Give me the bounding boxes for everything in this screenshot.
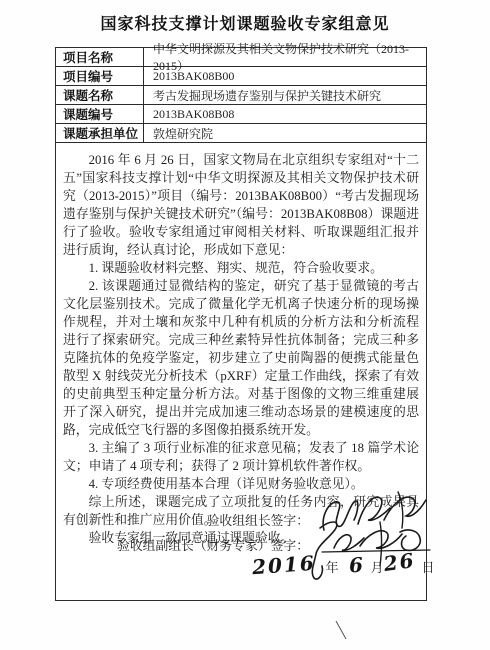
date-year-unit: 年 xyxy=(326,557,339,576)
row-value-project-number: 2013BAK08B00 xyxy=(144,67,426,85)
scanned-document-page: 国家科技支撑计划课题验收专家组意见 项目名称 中华文明探源及其相关文物保护技术研… xyxy=(0,0,490,650)
stray-pen-mark-icon xyxy=(332,618,350,642)
row-value-project-name: 中华文明探源及其相关文物保护技术研究（2013-2015） xyxy=(144,48,426,66)
leader-signature-label: 验收组组长签字： xyxy=(207,510,309,529)
date-month-unit: 月 xyxy=(371,557,384,576)
opinion-paragraph-item1: 1. 课题验收材料完整、翔实、规范，符合验收要求。 xyxy=(63,259,419,277)
opinion-paragraph-intro: 2016 年 6 月 26 日，国家文物局在北京组织专家组对“十二五”国家科技支… xyxy=(63,151,419,259)
deputy-signature-label: 验收组副组长（财务专家）签字： xyxy=(117,535,309,554)
table-row: 课题名称 考古发掘现场遗存鉴别与保护关键技术研究 xyxy=(56,86,426,105)
opinion-paragraph-item3: 3. 主编了 3 项行业标准的征求意见稿；发表了 18 篇学术论文；申请了 4 … xyxy=(63,439,419,475)
date-day-handwritten: 26 xyxy=(382,548,417,576)
date-day-unit: 日 xyxy=(421,557,434,576)
row-label-project-number: 项目编号 xyxy=(56,67,144,85)
row-value-topic-name: 考古发掘现场遗存鉴别与保护关键技术研究 xyxy=(144,86,426,104)
table-row: 项目编号 2013BAK08B00 xyxy=(56,67,426,86)
acceptance-form-table: 项目名称 中华文明探源及其相关文物保护技术研究（2013-2015） 项目编号 … xyxy=(55,47,427,601)
opinion-paragraph-item2: 2. 该课题通过显微结构的鉴定，研究了基于显微镜的考古文化层鉴别技术。完成了微量… xyxy=(63,277,419,439)
date-year-handwritten: 2016 xyxy=(251,551,316,579)
page-title: 国家科技支撑计划课题验收专家组意见 xyxy=(0,11,490,34)
row-label-project-name: 项目名称 xyxy=(56,48,144,66)
table-row: 项目名称 中华文明探源及其相关文物保护技术研究（2013-2015） xyxy=(56,48,426,67)
acceptance-date: 2016 年 6 月 26 日 xyxy=(252,553,434,577)
row-value-undertaking-unit: 敦煌研究院 xyxy=(144,124,426,142)
row-label-undertaking-unit: 课题承担单位 xyxy=(56,124,144,142)
table-row: 课题编号 2013BAK08B08 xyxy=(56,105,426,124)
date-month-handwritten: 6 xyxy=(348,552,366,577)
row-label-topic-name: 课题名称 xyxy=(56,86,144,104)
row-value-topic-number: 2013BAK08B08 xyxy=(144,105,426,123)
row-label-topic-number: 课题编号 xyxy=(56,105,144,123)
table-row: 课题承担单位 敦煌研究院 xyxy=(56,124,426,143)
